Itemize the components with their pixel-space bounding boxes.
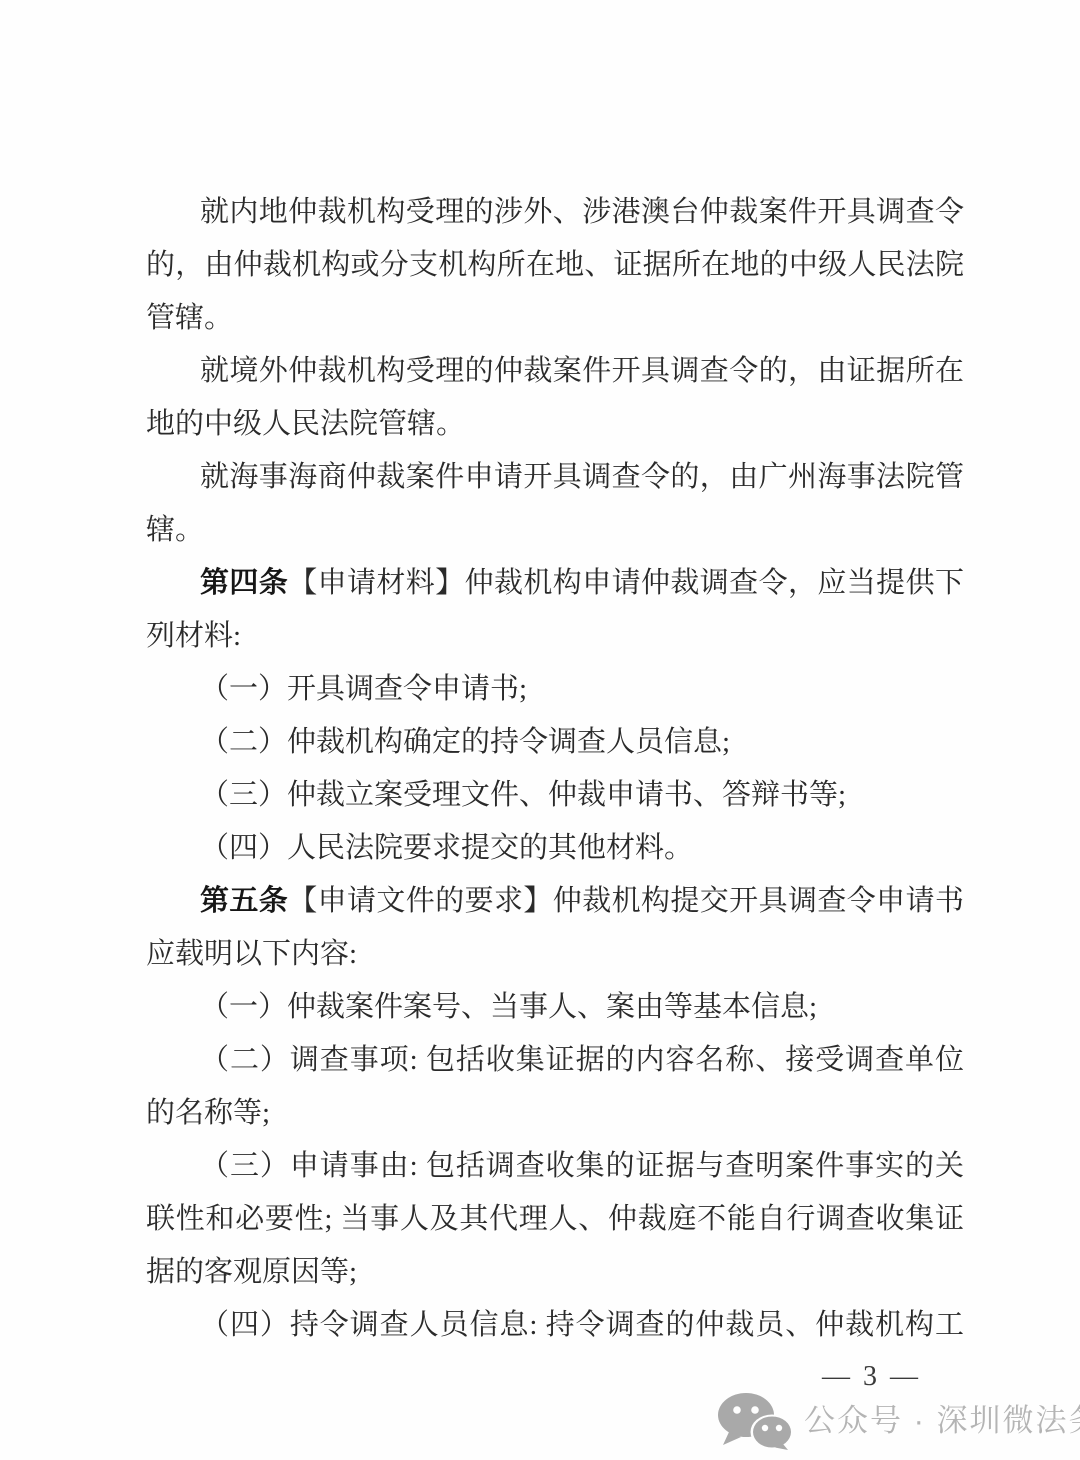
document-page: 就内地仲裁机构受理的涉外、涉港澳台仲裁案件开具调查令 的，由仲裁机构或分支机构所… <box>0 0 1080 1460</box>
text-line: 的，由仲裁机构或分支机构所在地、证据所在地的中级人民法院 <box>146 239 964 292</box>
list-item: （一）开具调查令申请书; <box>146 663 964 716</box>
list-item: （二）仲裁机构确定的持令调查人员信息; <box>146 716 964 769</box>
text-line: 就境外仲裁机构受理的仲裁案件开具调查令的，由证据所在 <box>146 345 964 398</box>
text-line: 应载明以下内容: <box>146 928 964 981</box>
wechat-icon <box>716 1392 794 1450</box>
text-line: 据的客观原因等; <box>146 1246 964 1299</box>
text-line: 列材料: <box>146 610 964 663</box>
article-text: 【申请文件的要求】仲裁机构提交开具调查令申请书 <box>288 885 964 917</box>
text-line: 的名称等; <box>146 1087 964 1140</box>
list-item: （四）持令调查人员信息: 持令调查的仲裁员、仲裁机构工 <box>146 1299 964 1352</box>
article-4-heading-line: 第四条【申请材料】仲裁机构申请仲裁调查令，应当提供下 <box>146 557 964 610</box>
list-item: （二）调查事项: 包括收集证据的内容名称、接受调查单位 <box>146 1034 964 1087</box>
list-item: （一）仲裁案件案号、当事人、案由等基本信息; <box>146 981 964 1034</box>
article-text: 【申请材料】仲裁机构申请仲裁调查令，应当提供下 <box>288 567 964 599</box>
article-number: 第五条 <box>200 885 288 917</box>
list-item: （三）仲裁立案受理文件、仲裁申请书、答辩书等; <box>146 769 964 822</box>
text-line: 地的中级人民法院管辖。 <box>146 398 964 451</box>
text-line: 联性和必要性; 当事人及其代理人、仲裁庭不能自行调查收集证 <box>146 1193 964 1246</box>
footer-account-label: 公众号 · 深圳微法务 <box>804 1392 1080 1450</box>
article-5-heading-line: 第五条【申请文件的要求】仲裁机构提交开具调查令申请书 <box>146 875 964 928</box>
list-item: （四）人民法院要求提交的其他材料。 <box>146 822 964 875</box>
document-body: 就内地仲裁机构受理的涉外、涉港澳台仲裁案件开具调查令 的，由仲裁机构或分支机构所… <box>146 186 964 1352</box>
text-line: 就海事海商仲裁案件申请开具调查令的，由广州海事法院管 <box>146 451 964 504</box>
article-number: 第四条 <box>200 567 288 599</box>
text-line: 就内地仲裁机构受理的涉外、涉港澳台仲裁案件开具调查令 <box>146 186 964 239</box>
page-number: — 3 — <box>822 1358 921 1396</box>
list-item: （三）申请事由: 包括调查收集的证据与查明案件事实的关 <box>146 1140 964 1193</box>
text-line: 管辖。 <box>146 292 964 345</box>
text-line: 辖。 <box>146 504 964 557</box>
footer-watermark: 公众号 · 深圳微法务 <box>716 1392 1080 1450</box>
